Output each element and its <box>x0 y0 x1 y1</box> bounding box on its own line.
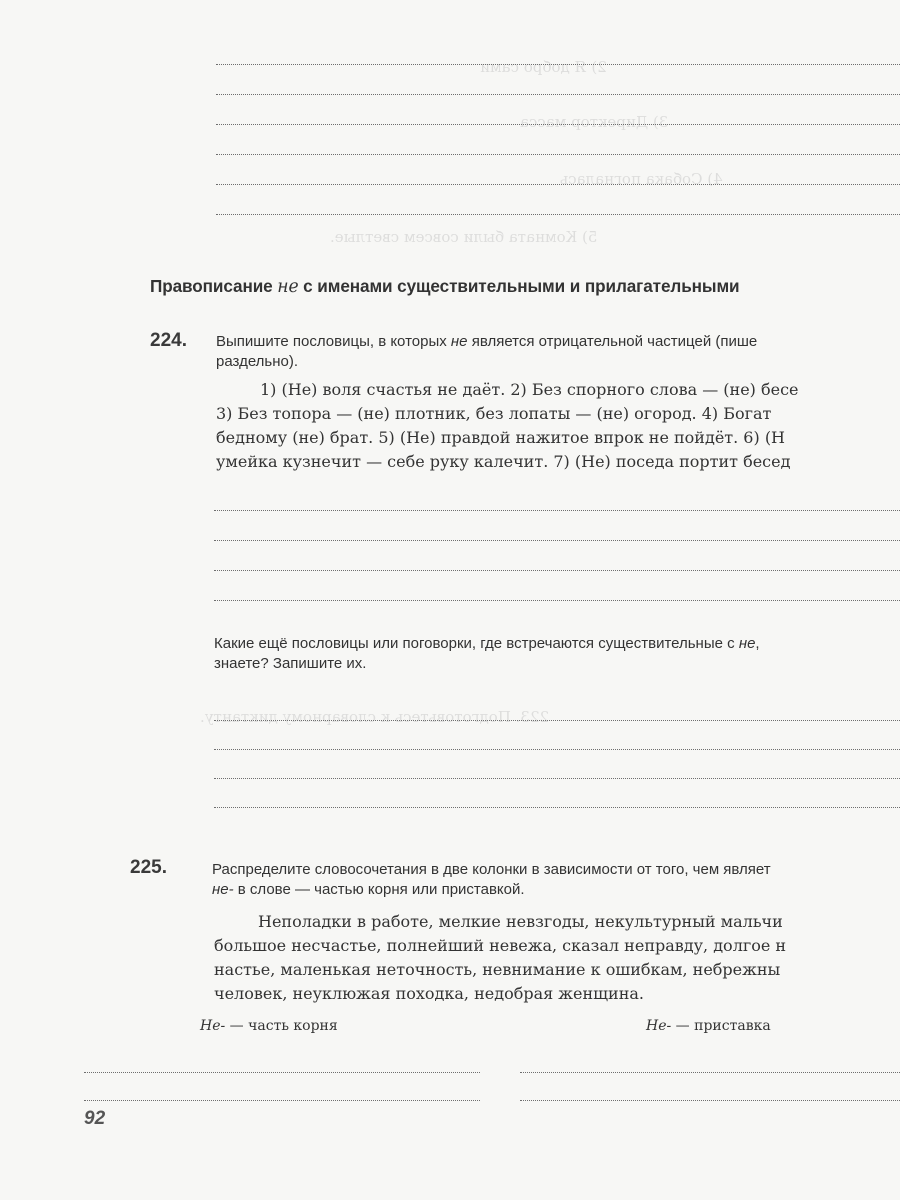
exercise-225-number: 225. <box>130 857 167 879</box>
exercise-224-proverbs: 1) (Не) воля счастья не даёт. 2) Без спо… <box>216 378 900 474</box>
answer-line-top-2[interactable] <box>216 94 900 95</box>
section-title: Правописание не с именами существительны… <box>150 276 740 297</box>
workbook-page: 2) Я добро сами 3) Директор масса 4) Соб… <box>0 0 900 1200</box>
answer-line-224-followup-4[interactable] <box>214 807 900 808</box>
task-emph: не <box>739 635 756 652</box>
exercise-225-phrases: Неполадки в работе, мелкие невзгоды, нек… <box>214 910 900 1006</box>
proverb-line: умейка кузнечит — себе руку калечит. 7) … <box>216 450 900 474</box>
proverb-line: 3) Без топора — (не) плотник, без лопаты… <box>216 402 900 426</box>
bleed-through-text: 5) Комната были совсем светлые. <box>330 228 597 246</box>
column-label: — приставка <box>671 1018 770 1034</box>
task-emph: не <box>451 333 468 350</box>
column-header-prefix: Не- — приставка <box>646 1018 771 1034</box>
answer-line-top-4[interactable] <box>216 154 900 155</box>
exercise-225-task: Распределите словосочетания в две колонк… <box>212 860 900 900</box>
section-title-before: Правописание <box>150 276 277 296</box>
answer-line-top-6[interactable] <box>216 214 900 215</box>
phrase-line: настье, маленькая неточность, невнимание… <box>214 958 900 982</box>
exercise-224-followup: Какие ещё пословицы или поговорки, где в… <box>214 634 900 674</box>
answer-line-prefix-2[interactable] <box>520 1100 900 1101</box>
task-text: раздельно). <box>216 353 298 370</box>
phrase-line: большое несчастье, полнейший невежа, ска… <box>214 934 900 958</box>
answer-line-224-followup-1[interactable] <box>214 720 900 721</box>
task-text: Выпишите пословицы, в которых <box>216 333 451 350</box>
bleed-through-text: 2) Я добро сами <box>480 58 607 76</box>
exercise-224-task: Выпишите пословицы, в которых не являетс… <box>216 332 900 372</box>
task-text: в слове — частью корня или приставкой. <box>234 881 525 898</box>
bleed-through-text: 223. Подготовьтесь к словарному диктанту… <box>200 708 549 726</box>
bleed-through-text: 3) Директор масса <box>520 113 668 131</box>
answer-line-224-followup-3[interactable] <box>214 778 900 779</box>
answer-line-root-1[interactable] <box>84 1072 480 1073</box>
task-text: знаете? Запишите их. <box>214 655 366 672</box>
answer-line-top-3[interactable] <box>216 124 900 125</box>
answer-line-224-1[interactable] <box>214 510 900 511</box>
phrase-line: человек, неуклюжая походка, недобрая жен… <box>214 982 900 1006</box>
task-text: , <box>755 635 759 652</box>
phrase-line: Неполадки в работе, мелкие невзгоды, нек… <box>214 910 900 934</box>
proverb-line: бедному (не) брат. 5) (Не) правдой нажит… <box>216 426 900 450</box>
column-emph: Не- <box>646 1018 671 1034</box>
section-title-emph: не <box>277 277 298 297</box>
answer-line-top-5[interactable] <box>216 184 900 185</box>
task-text: Какие ещё пословицы или поговорки, где в… <box>214 635 739 652</box>
column-header-root: Не- — часть корня <box>200 1018 338 1034</box>
bleed-through-text: 4) Собака погналась <box>560 170 723 188</box>
answer-line-224-4[interactable] <box>214 600 900 601</box>
page-number: 92 <box>84 1108 105 1130</box>
answer-line-224-2[interactable] <box>214 540 900 541</box>
task-text: Распределите словосочетания в две колонк… <box>212 861 771 878</box>
answer-line-224-followup-2[interactable] <box>214 749 900 750</box>
task-text: является отрицательной частицей (пише <box>468 333 758 350</box>
answer-line-prefix-1[interactable] <box>520 1072 900 1073</box>
section-title-after: с именами существительными и прилагатель… <box>299 276 740 296</box>
answer-line-224-3[interactable] <box>214 570 900 571</box>
answer-line-root-2[interactable] <box>84 1100 480 1101</box>
task-emph: не- <box>212 881 234 898</box>
column-label: — часть корня <box>225 1018 337 1034</box>
proverb-line: 1) (Не) воля счастья не даёт. 2) Без спо… <box>216 378 900 402</box>
exercise-224-number: 224. <box>150 330 187 352</box>
answer-line-top-1[interactable] <box>216 64 900 65</box>
column-emph: Не- <box>200 1018 225 1034</box>
